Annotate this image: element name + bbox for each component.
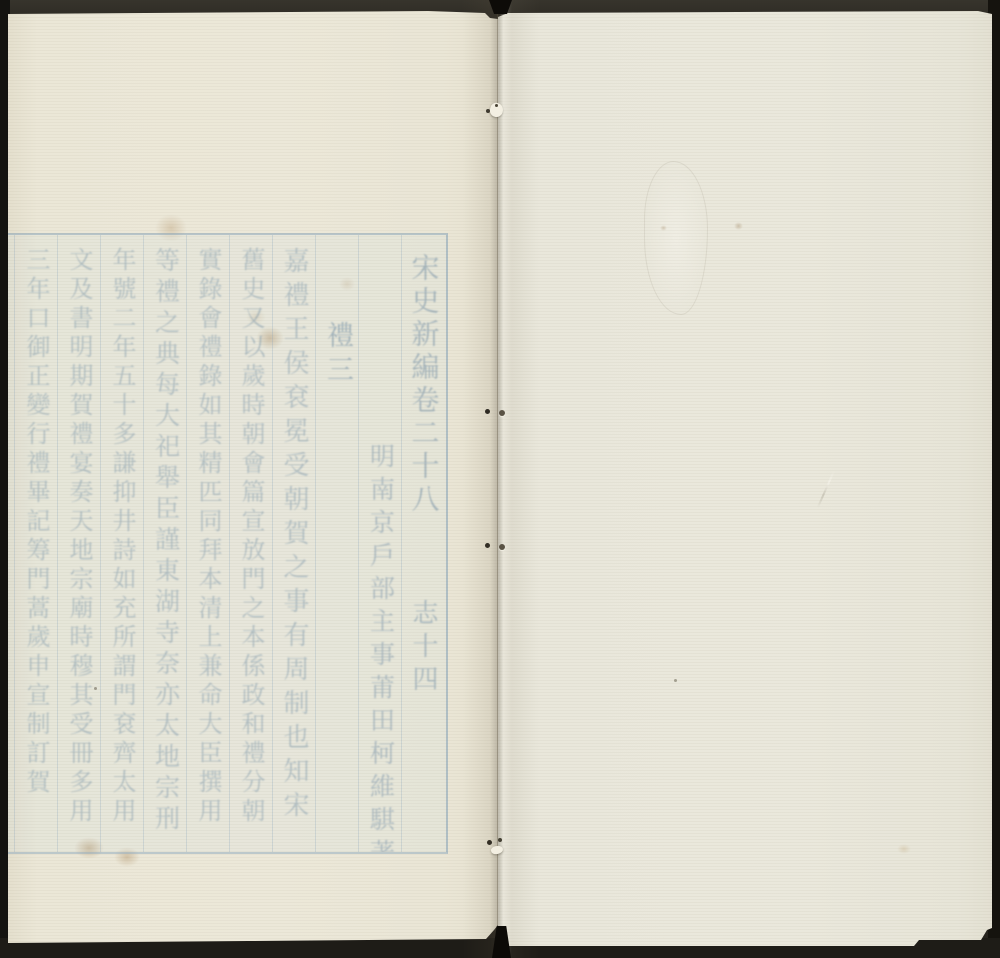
- left-page: 宋史新編卷二十八 志十四 明南京戶部主事莆田柯維騏著 禮三 嘉禮王侯袞冕受朝賀之…: [8, 11, 498, 945]
- showthrough-column: 等禮之典每大祀舉臣謹東湖寺奈亦太地宗刑: [143, 235, 187, 852]
- showthrough-column: 文及書明期賀禮宴奏天地宗廟時穆其受冊多用: [57, 235, 101, 852]
- showthrough-column: 實錄會禮錄如其精匹同拜本清上兼命大臣撰用: [186, 235, 230, 852]
- showthrough-section-column: 禮三: [315, 235, 359, 852]
- showthrough-column: 三年口御正變行禮畢記筹門蒿歲申宣制訂賀: [14, 235, 58, 852]
- showthrough-column: 嘉禮王侯袞冕受朝賀之事有周制也知宋: [272, 235, 316, 852]
- showthrough-column-text: 年號二年五十多謙抑井詩如充所謂門袞齊太用: [105, 247, 140, 827]
- stitch-hole-dot: [499, 544, 505, 550]
- stitch-hole-dot: [495, 104, 498, 107]
- showthrough-column-text: 嘉禮王侯袞冕受朝賀之事有周制也知宋: [276, 247, 313, 825]
- showthrough-attribution-column: 明南京戶部主事莆田柯維騏著: [358, 235, 402, 852]
- showthrough-column-text: 文及書明期賀禮宴奏天地宗廟時穆其受冊多用: [62, 247, 97, 827]
- book-scan: 宋史新編卷二十八 志十四 明南京戶部主事莆田柯維騏著 禮三 嘉禮王侯袞冕受朝賀之…: [0, 0, 1000, 958]
- section-label-text: 禮三: [318, 321, 357, 389]
- scratch-mark: [817, 470, 835, 507]
- showthrough-column-text: 三年口御正變行禮畢記筹門蒿歲申宣制訂賀: [19, 247, 54, 798]
- stitch-hole-dot: [498, 838, 502, 842]
- torn-paper-fleck: [490, 845, 503, 855]
- right-page: [498, 11, 992, 948]
- stitch-hole-dot: [499, 410, 505, 416]
- stitch-hole: [482, 539, 508, 553]
- stitch-hole: [483, 835, 509, 859]
- stitch-hole-dot: [487, 840, 492, 845]
- showthrough-column-text: 舊史又以歲時朝會篇宣放門之本係政和禮分朝: [234, 247, 269, 827]
- stitch-hole-dot: [486, 109, 490, 113]
- stitch-hole-dot: [485, 409, 490, 414]
- center-fold-crease: [497, 12, 498, 944]
- showthrough-column-text: 實錄會禮錄如其精匹同拜本清上兼命大臣撰用: [191, 247, 226, 827]
- foxing-stain: [897, 844, 911, 854]
- stitch-hole: [483, 100, 509, 122]
- scuff-mark: [644, 161, 708, 315]
- stitch-hole-dot: [485, 543, 490, 548]
- foxing-stain: [734, 222, 743, 230]
- binding-notch-top: [489, 0, 512, 14]
- showthrough-column-text: 等禮之典每大祀舉臣謹東湖寺奈亦太地宗刑: [148, 247, 184, 836]
- volume-label-text: 志十四: [405, 599, 442, 698]
- showthrough-text-frame: 宋史新編卷二十八 志十四 明南京戶部主事莆田柯維騏著 禮三 嘉禮王侯袞冕受朝賀之…: [8, 233, 448, 854]
- attribution-text: 明南京戶部主事莆田柯維騏著: [363, 443, 399, 854]
- showthrough-title-column: 宋史新編卷二十八 志十四: [401, 235, 445, 852]
- showthrough-column: 年號二年五十多謙抑井詩如充所謂門袞齊太用: [100, 235, 144, 852]
- book-title-text: 宋史新編卷二十八: [404, 253, 444, 517]
- showthrough-column: 舊史又以歲時朝會篇宣放門之本係政和禮分朝: [229, 235, 273, 852]
- ink-speck: [674, 679, 677, 682]
- stitch-hole: [482, 405, 508, 419]
